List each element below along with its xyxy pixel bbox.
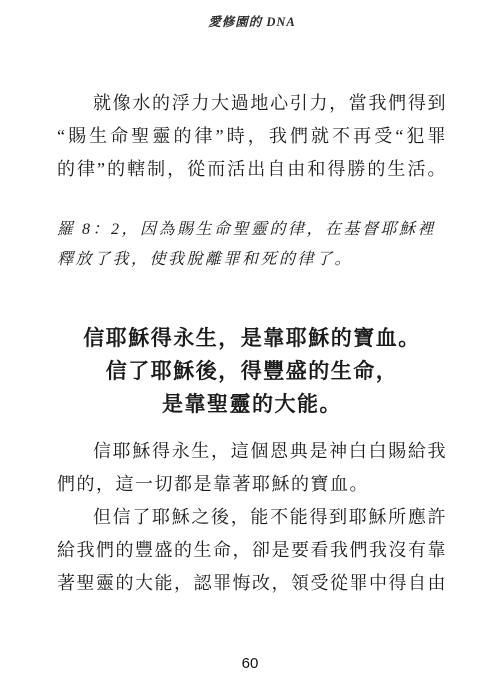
paragraph-2: 信耶穌得永生，這個恩典是神白白賜給我 們的，這一切都是靠著耶穌的寶血。 — [57, 435, 447, 501]
paragraph-3: 但信了耶穌之後，能不能得到耶穌所應許 給我們的豐盛的生命，卻是要看我們我沒有靠 … — [57, 501, 447, 600]
scripture-quote-line-2: 釋放了我，使我脫離罪和死的律了。 — [57, 245, 447, 275]
paragraph-1-line-1: 就像水的浮力大過地心引力，當我們得到 — [57, 87, 447, 120]
paragraph-3-line-1: 但信了耶穌之後，能不能得到耶穌所應許 — [57, 501, 447, 534]
paragraph-3-line-3: 著聖靈的大能，認罪悔改，領受從罪中得自由 — [57, 567, 447, 600]
page-number: 60 — [0, 655, 500, 672]
scripture-quote-line-1: 羅 8：2，因為賜生命聖靈的律，在基督耶穌裡 — [57, 215, 447, 245]
paragraph-2-line-1: 信耶穌得永生，這個恩典是神白白賜給我 — [57, 435, 447, 468]
paragraph-1: 就像水的浮力大過地心引力，當我們得到 “賜生命聖靈的律”時，我們就不再受“犯罪 … — [57, 87, 447, 186]
paragraph-1-line-3: 的律”的轄制，從而活出自由和得勝的生活。 — [57, 153, 447, 186]
section-heading-line-2: 信了耶穌後，得豐盛的生命， — [57, 355, 447, 388]
scripture-quote: 羅 8：2，因為賜生命聖靈的律，在基督耶穌裡 釋放了我，使我脫離罪和死的律了。 — [57, 215, 447, 275]
section-heading-line-1: 信耶穌得永生，是靠耶穌的寶血。 — [57, 322, 447, 355]
book-page: 愛修園的 DNA 就像水的浮力大過地心引力，當我們得到 “賜生命聖靈的律”時，我… — [0, 0, 500, 700]
paragraph-2-line-2: 們的，這一切都是靠著耶穌的寶血。 — [57, 468, 447, 501]
running-header-title: 愛修園的 DNA — [57, 0, 447, 30]
section-heading-line-3: 是靠聖靈的大能。 — [57, 388, 447, 421]
paragraph-3-line-2: 給我們的豐盛的生命，卻是要看我們我沒有靠 — [57, 534, 447, 567]
section-heading: 信耶穌得永生，是靠耶穌的寶血。 信了耶穌後，得豐盛的生命， 是靠聖靈的大能。 — [57, 322, 447, 421]
paragraph-1-line-2: “賜生命聖靈的律”時，我們就不再受“犯罪 — [57, 120, 447, 153]
